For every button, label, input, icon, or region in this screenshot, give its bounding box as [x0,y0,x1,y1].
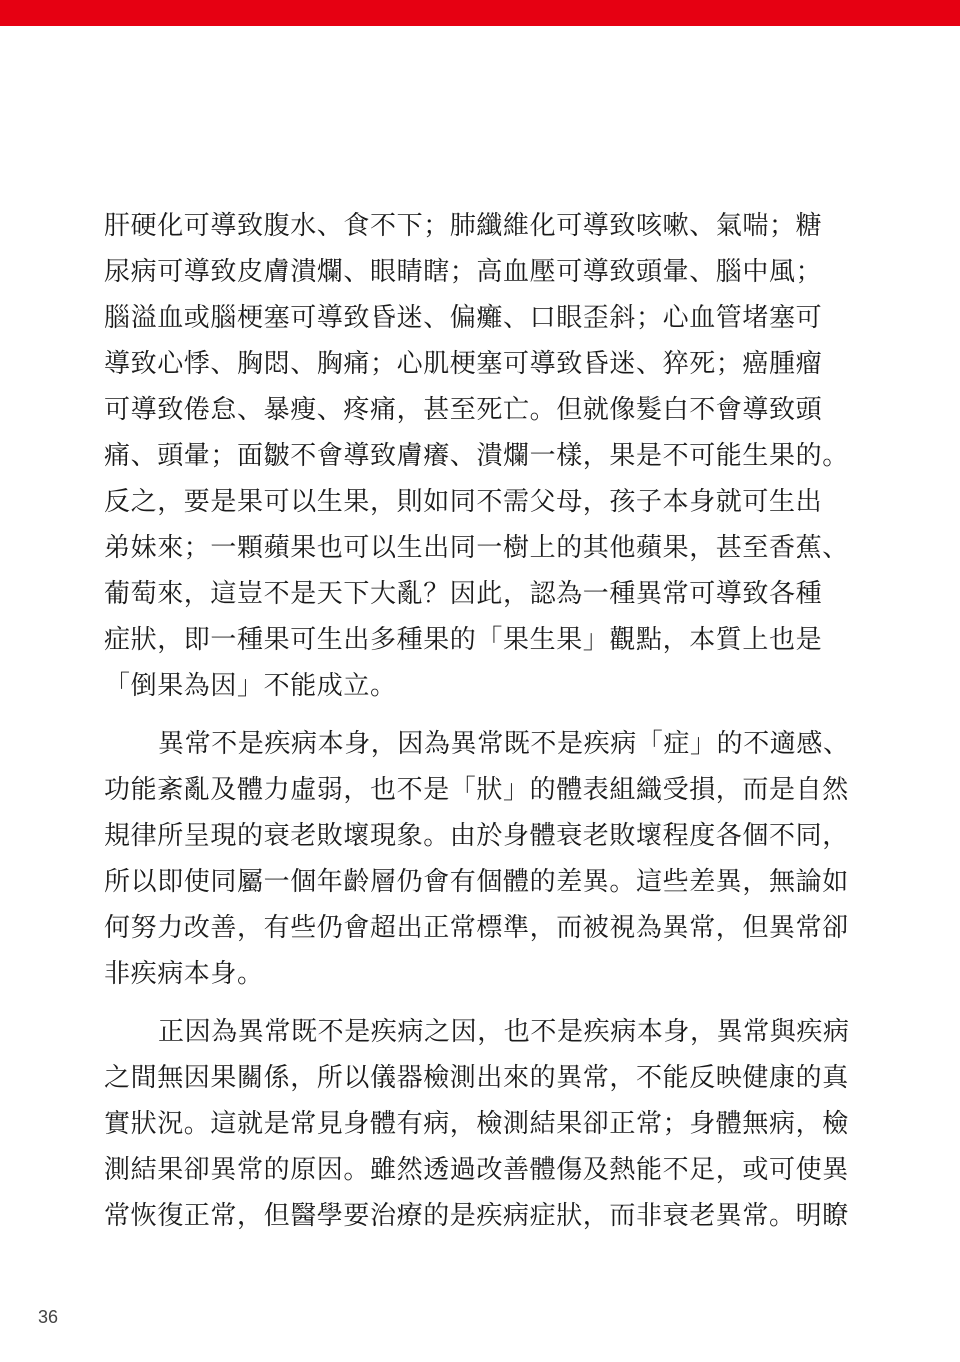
text-line: 非疾病本身。 [104,951,860,997]
text-line: 何努力改善，有些仍會超出正常標準，而被視為異常，但異常卻 [104,905,860,951]
text-line: 可導致倦怠、暴瘦、疼痛，甚至死亡。但就像髮白不會導致頭 [104,387,860,433]
page-number: 36 [38,1307,58,1328]
paragraph-3: 正因為異常既不是疾病之因，也不是疾病本身，異常與疾病 之間無因果關係，所以儀器檢… [104,1009,860,1239]
text-line: 之間無因果關係，所以儀器檢測出來的異常，不能反映健康的真 [104,1055,860,1101]
text-line: 規律所呈現的衰老敗壞現象。由於身體衰老敗壞程度各個不同， [104,813,860,859]
text-line: 測結果卻異常的原因。雖然透過改善體傷及熱能不足，或可使異 [104,1147,860,1193]
text-line: 腦溢血或腦梗塞可導致昏迷、偏癱、口眼歪斜；心血管堵塞可 [104,295,860,341]
text-line: 所以即使同屬一個年齡層仍會有個體的差異。這些差異，無論如 [104,859,860,905]
text-line: 尿病可導致皮膚潰爛、眼睛瞎；高血壓可導致頭暈、腦中風； [104,249,860,295]
text-line: 反之，要是果可以生果，則如同不需父母，孩子本身就可生出 [104,479,860,525]
text-line: 肝硬化可導致腹水、食不下；肺纖維化可導致咳嗽、氣喘；糖 [104,203,860,249]
text-line: 實狀況。這就是常見身體有病，檢測結果卻正常；身體無病，檢 [104,1101,860,1147]
text-line: 異常不是疾病本身，因為異常既不是疾病「症」的不適感、 [104,721,860,767]
paragraph-1: 肝硬化可導致腹水、食不下；肺纖維化可導致咳嗽、氣喘；糖 尿病可導致皮膚潰爛、眼睛… [104,203,860,709]
text-line: 常恢復正常，但醫學要治療的是疾病症狀，而非衰老異常。明瞭 [104,1193,860,1239]
text-line: 葡萄來，這豈不是天下大亂？因此，認為一種異常可導致各種 [104,571,860,617]
text-line: 弟妹來；一顆蘋果也可以生出同一樹上的其他蘋果，甚至香蕉、 [104,525,860,571]
text-line: 痛、頭暈；面皺不會導致膚癢、潰爛一樣，果是不可能生果的。 [104,433,860,479]
top-red-bar [0,0,960,26]
text-line: 功能紊亂及體力虛弱，也不是「狀」的體表組織受損，而是自然 [104,767,860,813]
paragraph-2: 異常不是疾病本身，因為異常既不是疾病「症」的不適感、 功能紊亂及體力虛弱，也不是… [104,721,860,997]
text-line: 導致心悸、胸悶、胸痛；心肌梗塞可導致昏迷、猝死；癌腫瘤 [104,341,860,387]
text-line: 症狀，即一種果可生出多種果的「果生果」觀點，本質上也是 [104,617,860,663]
text-line: 「倒果為因」不能成立。 [104,663,860,709]
text-line: 正因為異常既不是疾病之因，也不是疾病本身，異常與疾病 [104,1009,860,1055]
body-text: 肝硬化可導致腹水、食不下；肺纖維化可導致咳嗽、氣喘；糖 尿病可導致皮膚潰爛、眼睛… [104,203,860,1251]
